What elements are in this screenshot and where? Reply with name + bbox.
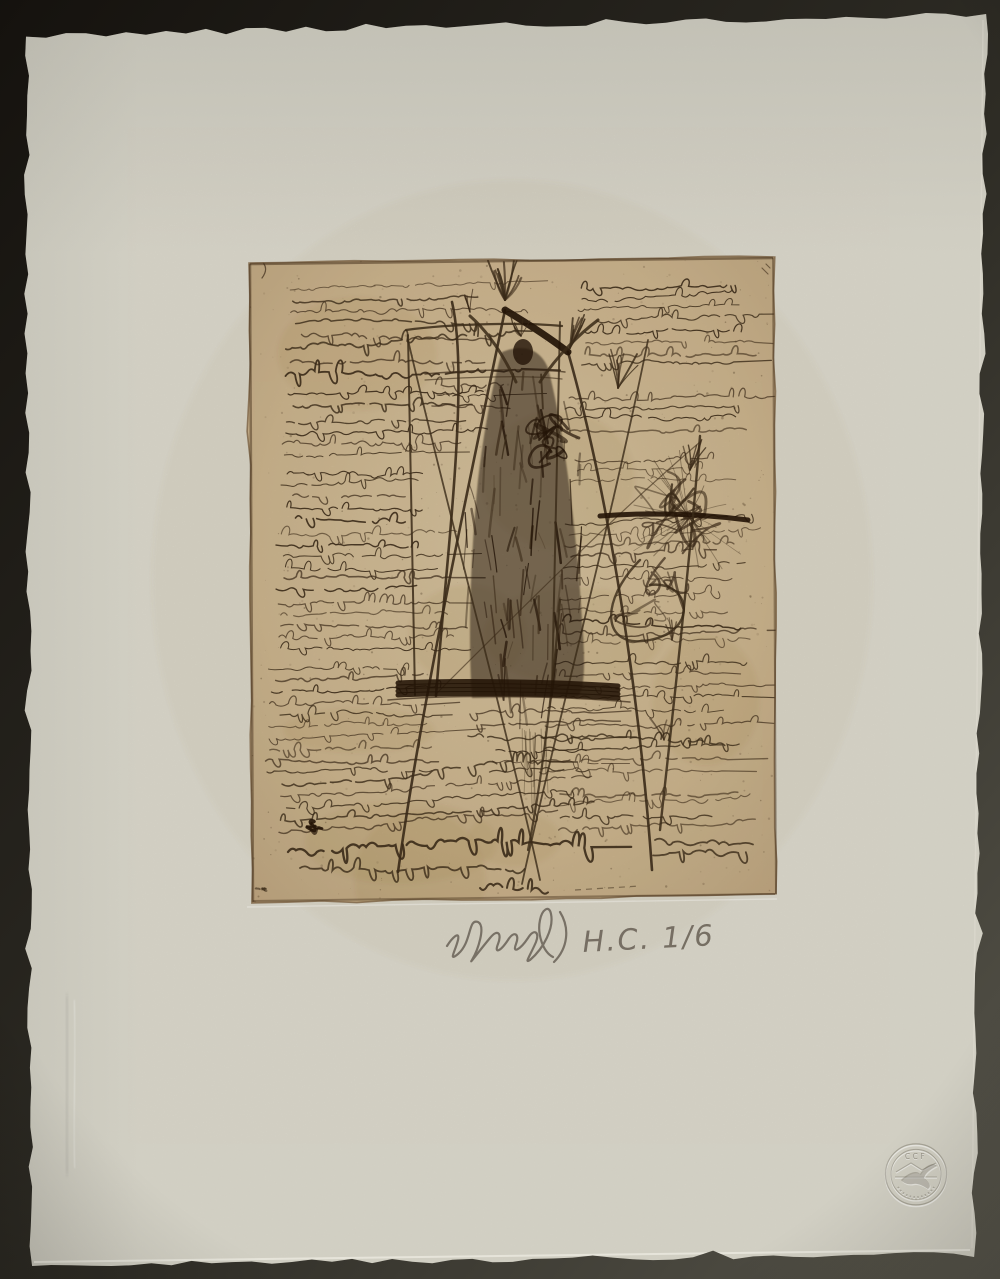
vignette-overlay — [0, 0, 1000, 1279]
photograph: H.C. 1/6 CCF CCF — [0, 0, 1000, 1279]
artwork-photo: H.C. 1/6 CCF CCF — [0, 0, 1000, 1279]
